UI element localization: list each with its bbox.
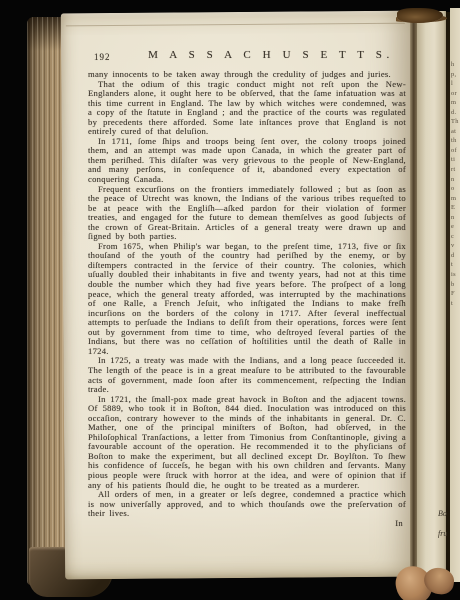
running-header: M A S S A C H U S E T T S.	[88, 49, 406, 61]
body-text: many innocents to be taken away through …	[88, 70, 406, 528]
paragraph: In 1711, ſome ſhips and troops being ſen…	[88, 137, 406, 185]
next-page-text-fragments: h p, l or m d. Th at th of ti rt n o m E…	[450, 8, 460, 308]
printed-page-content: 192 M A S S A C H U S E T T S. many inno…	[88, 49, 406, 528]
paragraph: That the odium of this tragic conduct mi…	[88, 80, 406, 137]
paragraph: From 1675, when Philip's war began, to t…	[88, 242, 406, 357]
facing-page-edge	[417, 11, 446, 581]
paragraph: Frequent excurſions on the frontiers imm…	[88, 185, 406, 242]
paragraph: All orders of men, in a greater or leſs …	[88, 490, 406, 519]
paragraph: In 1725, a treaty was made with the Indi…	[88, 356, 406, 394]
next-page-edge: h p, l or m d. Th at th of ti rt n o m E…	[450, 8, 460, 582]
page-number: 192	[94, 52, 111, 62]
paragraph: In 1721, the ſmall-pox made great havock…	[88, 395, 406, 490]
catchword: In	[88, 519, 406, 529]
book-photo: h p, l or m d. Th at th of ti rt n o m E…	[0, 0, 460, 600]
page-header: 192 M A S S A C H U S E T T S.	[88, 49, 406, 64]
next-page-corner-fragments: Bo fru	[438, 504, 458, 544]
